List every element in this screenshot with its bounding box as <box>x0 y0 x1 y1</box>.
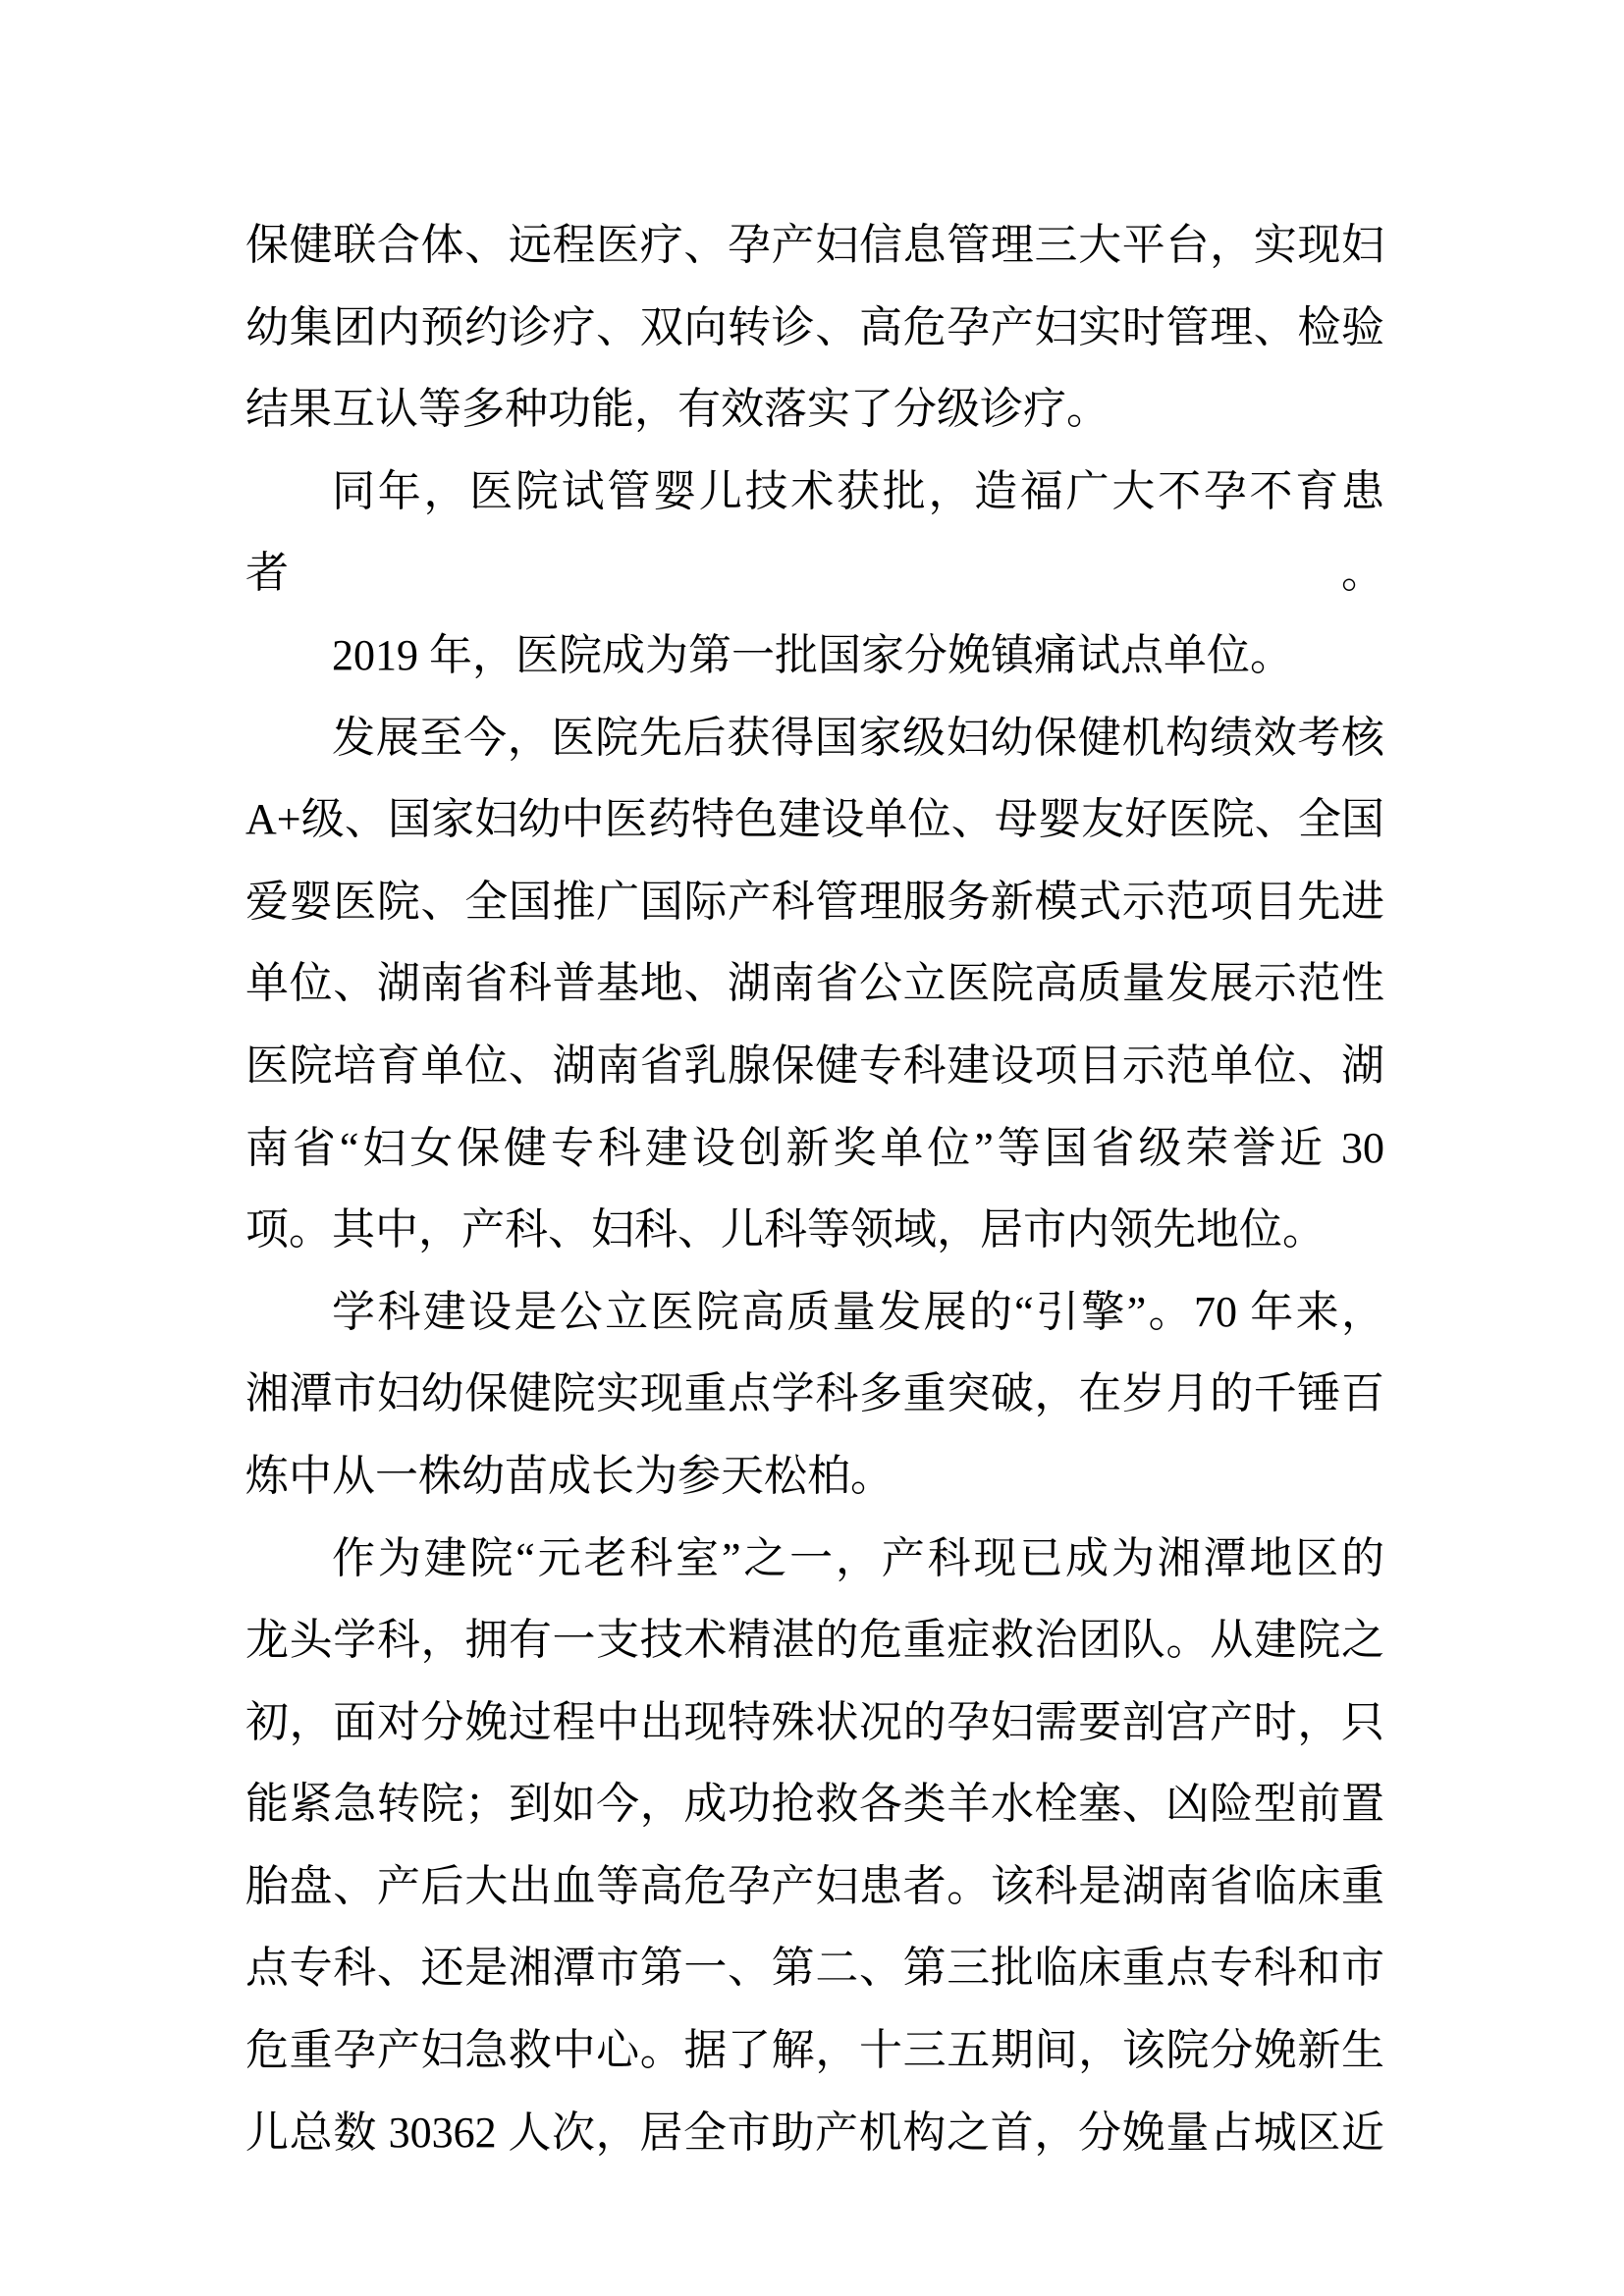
document-page: 保健联合体、远程医疗、孕产妇信息管理三大平台，实现妇 幼集团内预约诊疗、双向转诊… <box>0 0 1624 2296</box>
paragraph: 同年，医院试管婴儿技术获批，造福广大不孕不育患者。 <box>245 451 1384 614</box>
text-line: A+级、国家妇幼中医药特色建设单位、母婴友好医院、全国 <box>245 778 1384 861</box>
text-line: 儿总数 30362 人次，居全市助产机构之首，分娩量占城区近 <box>245 2092 1384 2174</box>
text-line: 结果互认等多种功能，有效落实了分级诊疗。 <box>245 368 1384 451</box>
paragraph: 学科建设是公立医院高质量发展的“引擎”。70 年来， 湘潭市妇幼保健院实现重点学… <box>245 1271 1384 1518</box>
text-line: 医院培育单位、湖南省乳腺保健专科建设项目示范单位、湖 <box>245 1025 1384 1107</box>
text-line: 南省“妇女保健专科建设创新奖单位”等国省级荣誉近 30 <box>245 1107 1384 1190</box>
text-line: 湘潭市妇幼保健院实现重点学科多重突破，在岁月的千锤百 <box>245 1353 1384 1435</box>
text-line: 幼集团内预约诊疗、双向转诊、高危孕产妇实时管理、检验 <box>245 287 1384 369</box>
text-line: 初，面对分娩过程中出现特殊状况的孕妇需要剖宫产时，只 <box>245 1682 1384 1764</box>
paragraph: 发展至今，医院先后获得国家级妇幼保健机构绩效考核 A+级、国家妇幼中医药特色建设… <box>245 697 1384 1271</box>
text-line: 胎盘、产后大出血等高危孕产妇患者。该科是湖南省临床重 <box>245 1845 1384 1928</box>
text-line: 作为建院“元老科室”之一，产科现已成为湘潭地区的 <box>245 1518 1384 1600</box>
paragraph: 2019 年，医院成为第一批国家分娩镇痛试点单位。 <box>245 614 1384 697</box>
text-line: 危重孕产妇急救中心。据了解，十三五期间，该院分娩新生 <box>245 2009 1384 2092</box>
text-line: 2019 年，医院成为第一批国家分娩镇痛试点单位。 <box>245 614 1384 697</box>
text-line: 爱婴医院、全国推广国际产科管理服务新模式示范项目先进 <box>245 861 1384 943</box>
text-line: 保健联合体、远程医疗、孕产妇信息管理三大平台，实现妇 <box>245 204 1384 287</box>
text-line: 同年，医院试管婴儿技术获批，造福广大不孕不育患者。 <box>245 451 1384 614</box>
text-line: 学科建设是公立医院高质量发展的“引擎”。70 年来， <box>245 1271 1384 1354</box>
paragraph: 保健联合体、远程医疗、孕产妇信息管理三大平台，实现妇 幼集团内预约诊疗、双向转诊… <box>245 204 1384 451</box>
text-line: 龙头学科，拥有一支技术精湛的危重症救治团队。从建院之 <box>245 1599 1384 1682</box>
text-block: 保健联合体、远程医疗、孕产妇信息管理三大平台，实现妇 幼集团内预约诊疗、双向转诊… <box>245 204 1384 2173</box>
text-line: 炼中从一株幼苗成长为参天松柏。 <box>245 1435 1384 1518</box>
text-line: 能紧急转院；到如今，成功抢救各类羊水栓塞、凶险型前置 <box>245 1763 1384 1845</box>
text-line: 项。其中，产科、妇科、儿科等领域，居市内领先地位。 <box>245 1189 1384 1271</box>
paragraph: 作为建院“元老科室”之一，产科现已成为湘潭地区的 龙头学科，拥有一支技术精湛的危… <box>245 1518 1384 2174</box>
text-line: 单位、湖南省科普基地、湖南省公立医院高质量发展示范性 <box>245 942 1384 1025</box>
text-line: 点专科、还是湘潭市第一、第二、第三批临床重点专科和市 <box>245 1927 1384 2009</box>
text-line: 发展至今，医院先后获得国家级妇幼保健机构绩效考核 <box>245 697 1384 779</box>
